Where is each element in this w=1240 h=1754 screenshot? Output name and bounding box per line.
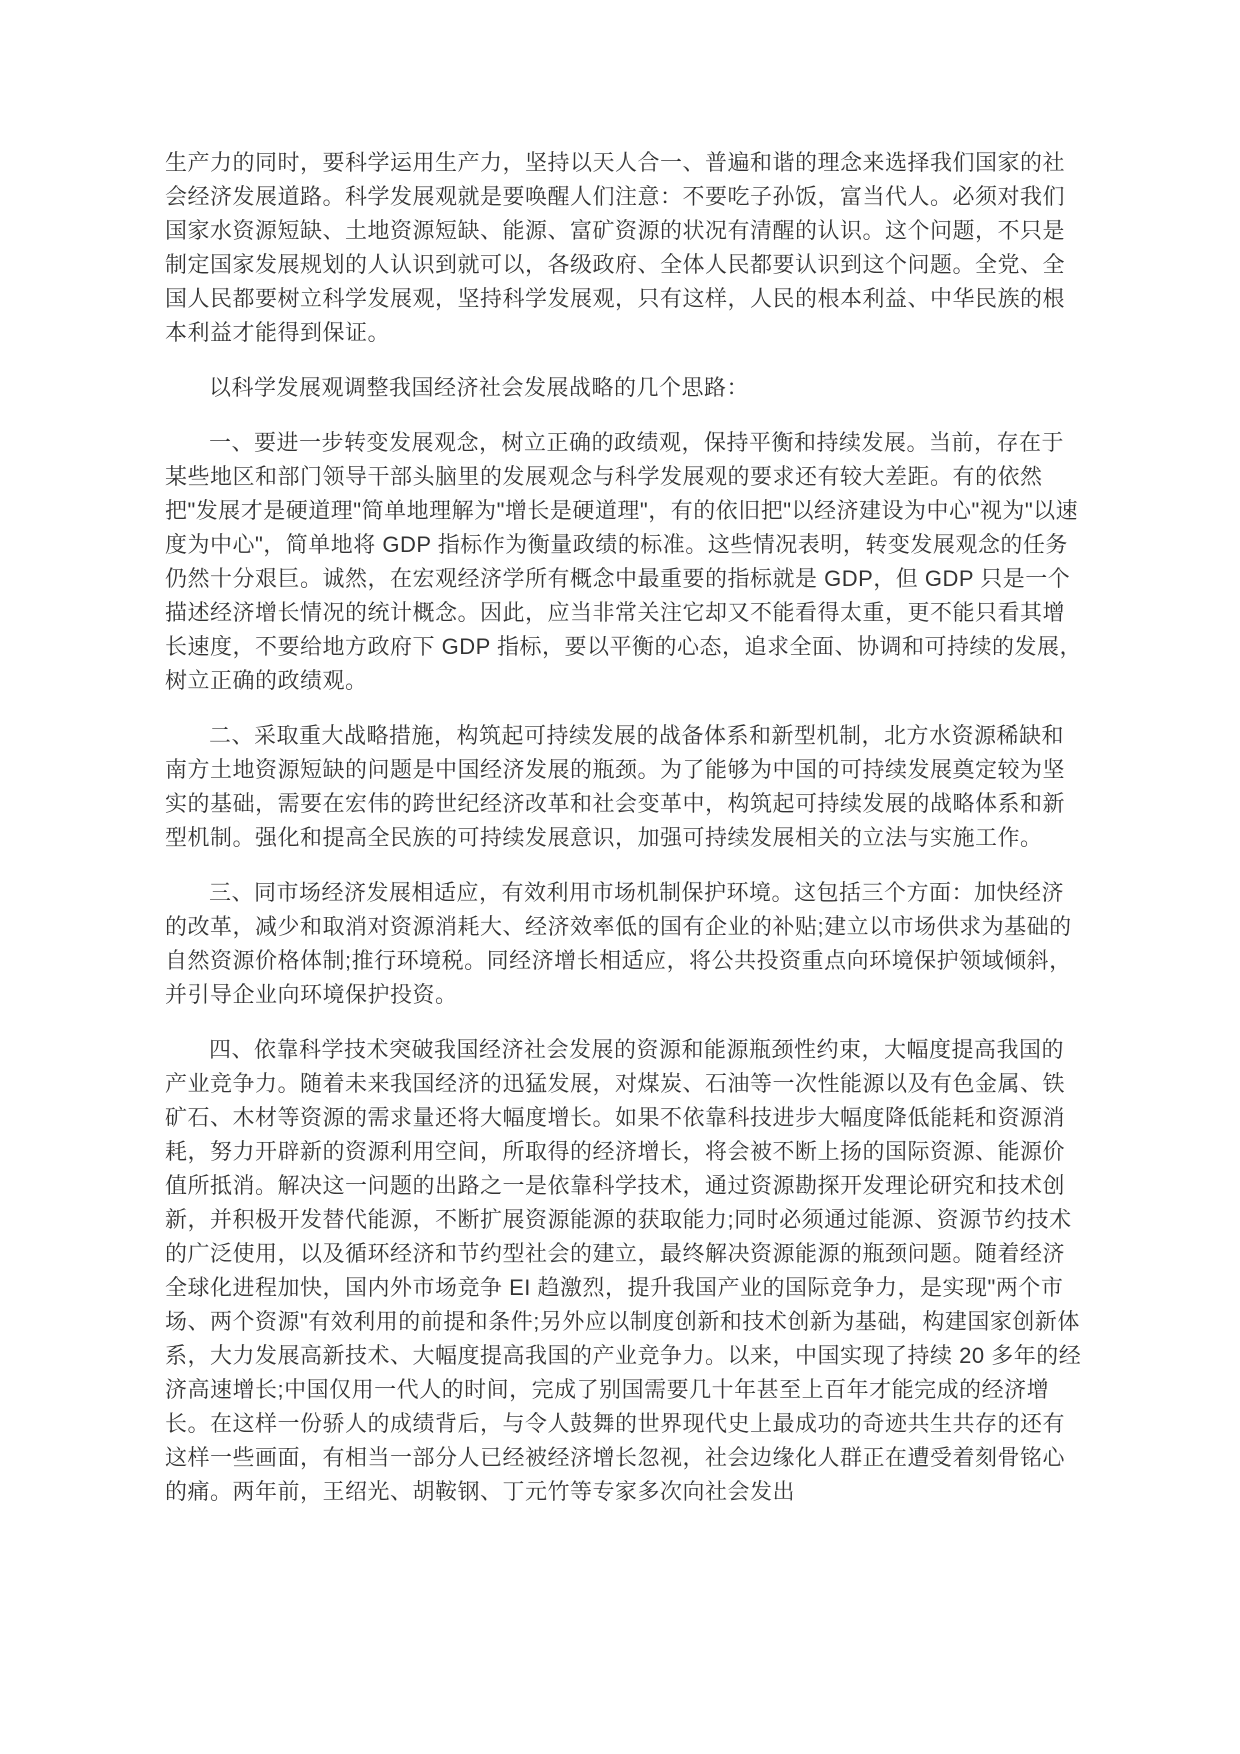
paragraph-body-continuation: 生产力的同时，要科学运用生产力，坚持以天人合一、普遍和谐的理念来选择我们国家的社… bbox=[165, 146, 1082, 350]
paragraph-section-lead: 以科学发展观调整我国经济社会发展战略的几个思路： bbox=[165, 371, 1082, 405]
paragraph-point-4: 四、依靠科学技术突破我国经济社会发展的资源和能源瓶颈性约束，大幅度提高我国的产业… bbox=[165, 1033, 1082, 1509]
paragraph-point-3: 三、同市场经济发展相适应，有效利用市场机制保护环境。这包括三个方面：加快经济的改… bbox=[165, 876, 1082, 1012]
document-page: 生产力的同时，要科学运用生产力，坚持以天人合一、普遍和谐的理念来选择我们国家的社… bbox=[0, 0, 1240, 1754]
paragraph-point-1: 一、要进一步转变发展观念，树立正确的政绩观，保持平衡和持续发展。当前，存在于某些… bbox=[165, 426, 1082, 698]
paragraph-point-2: 二、采取重大战略措施，构筑起可持续发展的战备体系和新型机制，北方水资源稀缺和南方… bbox=[165, 719, 1082, 855]
